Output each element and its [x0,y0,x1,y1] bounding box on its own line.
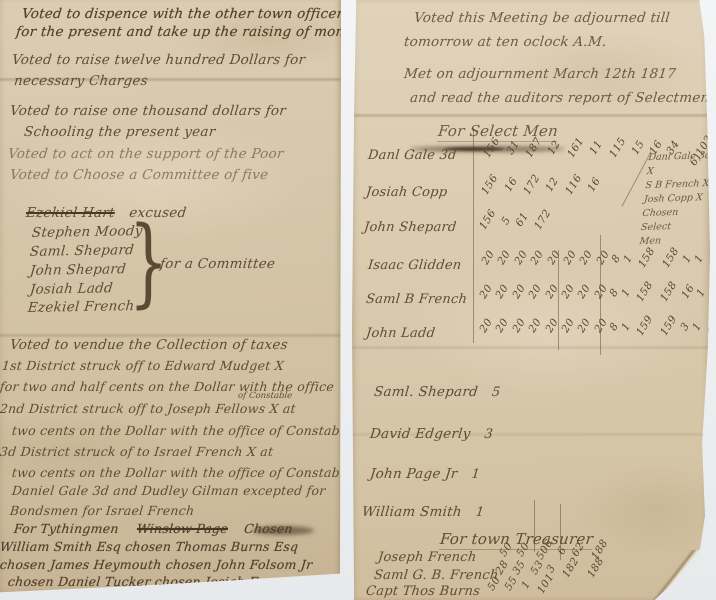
candidate-name: David Edgerly [369,426,471,442]
tally-number: 1 [621,250,636,265]
candidate-name: Saml G. B. French [373,568,493,583]
tally-number: 12 [546,138,564,157]
tally-number: 20 [576,316,594,335]
manuscript-line: Voted to act on the support of the Poor [7,146,284,162]
tally-group: 156561172 [478,213,554,225]
tally-number: 20 [526,316,544,335]
vote-row: Josiah Copp 156161721211616 [366,185,603,200]
tally-number: 158 [634,279,656,304]
tally-number: 1 [690,318,705,333]
tally-number: 20 [545,248,563,267]
tally-number: 1 [692,250,707,265]
manuscript-line: William Smith Esq chosen Thomas Burns Es… [0,539,299,554]
folded-corner [646,550,706,600]
tally-number: 159 [634,313,656,338]
tythingmen-label: For Tythingmen [13,521,119,536]
vote-count: 5 [491,385,501,400]
struck-name: Winslow Page [136,521,229,536]
tally-number: 172 [521,172,543,197]
margin-note-line: Josh Copp X [643,191,710,207]
tally-number: 15 [630,138,648,157]
manuscript-line: and read the auditors report of Selectme… [409,90,710,106]
vote-row: Saml B French 20202020202020208115815816… [366,292,710,307]
candidate-name: John Shepard [363,220,475,235]
tally-number: 1 [619,284,634,299]
ink-rule-line [473,128,474,343]
tally-number: 20 [496,248,514,267]
committee-name: Stephen Moody [31,223,143,241]
margin-note-line: Men [639,233,707,249]
tally-group: 156161721211616 [480,178,603,190]
tally-number: 11 [588,138,606,157]
manuscript-line: Voted to raise one thousand dollars for [9,103,287,119]
scanned-manuscript: Voted to dispence with the other town of… [0,0,716,600]
manuscript-line: two cents on the Dollar with the office … [11,465,341,480]
tally-number: 20 [561,248,579,267]
tally-number: 156 [479,172,501,197]
manuscript-line: Voted to vendue the Collection of taxes [9,337,289,353]
tally-number: 50 [497,540,515,559]
struck-name: Ezekiel Hart [25,205,115,221]
tally-number: 20 [494,282,512,301]
manuscript-line: two cents on the Dollar with the office … [11,423,341,438]
candidate-name: John Ladd [365,326,477,341]
committee-name: Ezekiel French [27,298,135,316]
vote-single: David Edgerly3 [369,426,494,442]
tally-group: 202020202020202081158158161141 [480,285,710,297]
tally-number: 172 [532,207,554,232]
superscript-note: of Constable [237,391,292,401]
vote-single: William Smith1 [361,504,485,520]
manuscript-line: for the present and take up the raising … [15,24,341,40]
fold-crease [352,113,710,118]
tally-group: 2835533182188 [496,561,607,573]
margin-note-line: Chosen Select [640,205,709,235]
candidate-name: John Page Jr [369,466,458,482]
vote-single: Saml. Shepard5 [373,384,501,400]
manuscript-line: Bondsmen for Israel French [9,503,195,518]
tally-number: 1 [519,576,534,591]
tally-number: 175 [705,313,710,338]
tally-number: 16 [502,175,520,194]
tally-number: 158 [660,245,682,270]
candidate-name: Capt Thos Burns [365,584,485,599]
tally-number: 20 [526,282,544,301]
tally-number: 1 [619,318,634,333]
tally-number: 1 [695,284,710,299]
manuscript-line: Voted to raise twelve hundred Dollars fo… [11,52,306,68]
tally-number: 20 [510,316,528,335]
left-page: Voted to dispence with the other town of… [0,0,341,600]
tally-number: 20 [510,282,528,301]
tally-number: 50 [485,574,503,593]
manuscript-line: necessary Charges [13,73,149,89]
tally-number: 20 [477,316,495,335]
tally-number: 141 [709,279,710,304]
manuscript-line: tomorrow at ten oclock A.M. [403,34,607,50]
vote-count: 1 [475,505,485,520]
tally-group: 20202020202020208115815811 [482,251,706,263]
ink-rule-line [558,250,559,350]
candidate-name: Josiah Copp [365,185,477,200]
tally-number: 5 [499,212,514,227]
vote-single: John Page Jr1 [369,466,481,482]
tally-number: 16 [586,175,604,194]
candidate-name: Isaac Glidden [367,258,479,273]
tally-number: 20 [559,282,577,301]
ink-rule-line [600,235,601,355]
margin-note-line: Danl Gale 3d X [646,149,710,179]
candidate-name: Saml. Shepard [373,384,479,400]
manuscript-line: 1st District struck off to Edward Mudget… [1,358,285,373]
fold-crease [352,345,710,350]
tythingmen-line: For Tythingmen Winslow Page Chosen [13,521,293,536]
vote-count: 3 [484,427,494,442]
candidate-name: Saml B French [365,292,477,307]
tally-number: 20 [494,316,512,335]
candidate-name: Danl Gale 3d [367,148,479,163]
tally-number: 12 [544,175,562,194]
tally-number: 55 [503,574,521,593]
margin-note: Danl Gale 3d X S B French X Josh Copp X … [639,149,710,249]
manuscript-line: Voted this Meeting be adjourned till [413,10,671,26]
manuscript-line: Met on adjournment March 12th 1817 [403,66,677,82]
committee-name: Josiah Ladd [29,280,113,297]
right-page: Voted this Meeting be adjourned till tom… [352,0,710,600]
manuscript-line: 2nd District struck off to Joseph Fellow… [0,401,297,416]
manuscript-line: 3d District struck of to Israel French X… [0,444,274,459]
vote-row: John Ladd 202020202020202081159159311751… [366,326,710,341]
manuscript-line: chosen James Heymouth chosen John Folsom… [0,557,313,572]
candidate-name: Joseph French [377,550,497,565]
tally-number: 115 [607,135,629,160]
vote-row: John Shepard 156561172 [364,220,554,235]
committee-label: for a Committee [159,256,276,272]
manuscript-line: chosen Daniel Tucker chosen Josiah Farra… [7,574,341,589]
tally-number: 20 [528,248,546,267]
tally-number: 20 [477,282,495,301]
candidate-name: William Smith [361,504,462,520]
tally-number: 116 [563,172,585,197]
tally-group: 20202020202020208115915931175141 [480,319,710,331]
vote-row: Isaac Glidden 20202020202020208115815811 [368,258,706,273]
tally-number: 20 [559,316,577,335]
manuscript-line: Voted to dispence with the other town of… [21,6,341,22]
tally-number: 50 [515,540,533,559]
tally-number: 20 [512,248,530,267]
committee-name: Saml. Shepard [29,242,135,260]
tally-number: 161 [565,135,587,160]
tally-number: 6 [556,542,571,557]
tally-number: 20 [479,248,497,267]
tally-group: 5050506662188 [500,543,611,555]
tally-number: 61 [513,210,531,229]
tally-number: 31 [504,138,522,157]
tally-number: 156 [477,207,499,232]
manuscript-line: Daniel Gale 3d and Dudley Gilman excepte… [11,483,326,498]
chosen-label: Chosen [243,521,293,536]
vote-count: 1 [471,467,481,482]
committee-name: John Shepard [29,261,127,279]
tally-number: 35 [511,558,529,577]
tally-number: 158 [658,279,680,304]
vote-row: Capt Thos Burns 50551101 [366,584,557,599]
tally-number: 20 [576,282,594,301]
tally-group: 50551101 [488,577,557,589]
tally-number: 159 [658,313,680,338]
manuscript-line: Schooling the present year [23,124,216,140]
manuscript-line: Voted to Choose a Committee of five [9,167,269,183]
tally-number: 20 [578,248,596,267]
